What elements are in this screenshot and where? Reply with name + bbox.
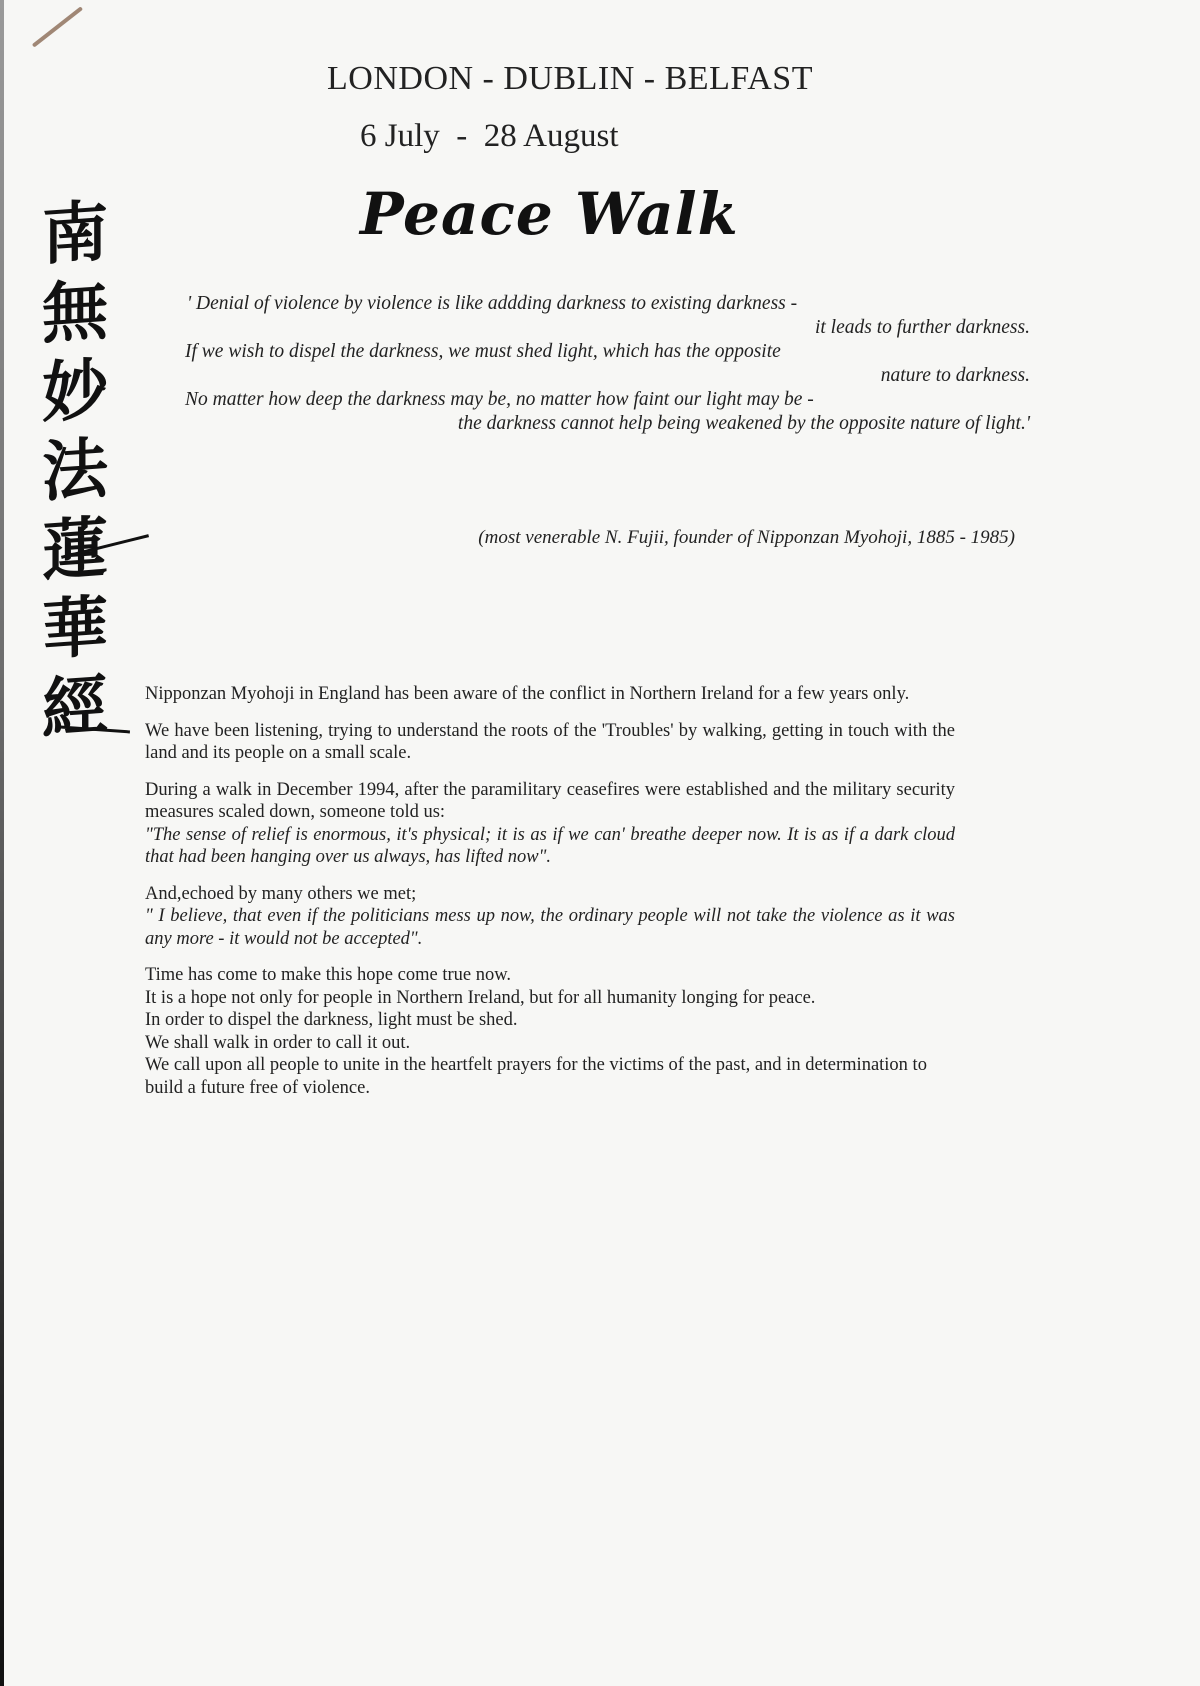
testimony-quote: " I believe, that even if the politician… <box>145 905 955 950</box>
calligraphy-char: 華 <box>42 593 108 664</box>
quote-line: If we wish to dispel the darkness, we mu… <box>185 340 1030 364</box>
quote-line: the darkness cannot help being weakened … <box>185 412 1030 436</box>
calligraphy-char: 南 <box>42 198 108 269</box>
epigraph-quote: ' Denial of violence by violence is like… <box>185 292 1030 436</box>
calligraphy-char: 法 <box>42 435 108 506</box>
calligraphy-char: 經 <box>42 672 108 743</box>
paragraph-listening: We have been listening, trying to unders… <box>145 720 955 765</box>
document-title: Peace Walk <box>360 180 780 248</box>
stamp-mark <box>32 6 83 47</box>
paragraph-echoed: And,echoed by many others we met; " I be… <box>145 883 955 951</box>
route-heading: LONDON - DUBLIN - BELFAST <box>270 60 870 98</box>
paragraph-line: It is a hope not only for people in Nort… <box>145 987 955 1010</box>
scan-page-edge <box>0 0 4 1686</box>
calligraphy-char: 無 <box>42 277 108 348</box>
paragraph-intro: Nipponzan Myohoji in England has been aw… <box>145 683 955 706</box>
quote-line: ' Denial of violence by violence is like… <box>185 292 1030 316</box>
quote-line: nature to darkness. <box>185 364 1030 388</box>
paragraph-line: Time has come to make this hope come tru… <box>145 964 955 987</box>
paragraph-line: We shall walk in order to call it out. <box>145 1032 955 1055</box>
paragraph-line: We call upon all people to unite in the … <box>145 1054 955 1099</box>
paragraph-call-to-action: Time has come to make this hope come tru… <box>145 964 955 1099</box>
calligraphy-char: 妙 <box>42 356 108 427</box>
paragraph-text: During a walk in December 1994, after th… <box>145 779 955 824</box>
calligraphy-column: 南 無 妙 法 蓮 華 經 <box>20 196 130 744</box>
testimony-quote: "The sense of relief is enormous, it's p… <box>145 824 955 869</box>
quote-attribution: (most venerable N. Fujii, founder of Nip… <box>245 527 1015 549</box>
paragraph-december-walk: During a walk in December 1994, after th… <box>145 779 955 869</box>
body-text: Nipponzan Myohoji in England has been aw… <box>145 683 955 1113</box>
quote-line: it leads to further darkness. <box>185 316 1030 340</box>
paragraph-text: And,echoed by many others we met; <box>145 883 955 906</box>
date-range: 6 July - 28 August <box>360 118 760 155</box>
paragraph-line: In order to dispel the darkness, light m… <box>145 1009 955 1032</box>
quote-line: No matter how deep the darkness may be, … <box>185 388 1030 412</box>
